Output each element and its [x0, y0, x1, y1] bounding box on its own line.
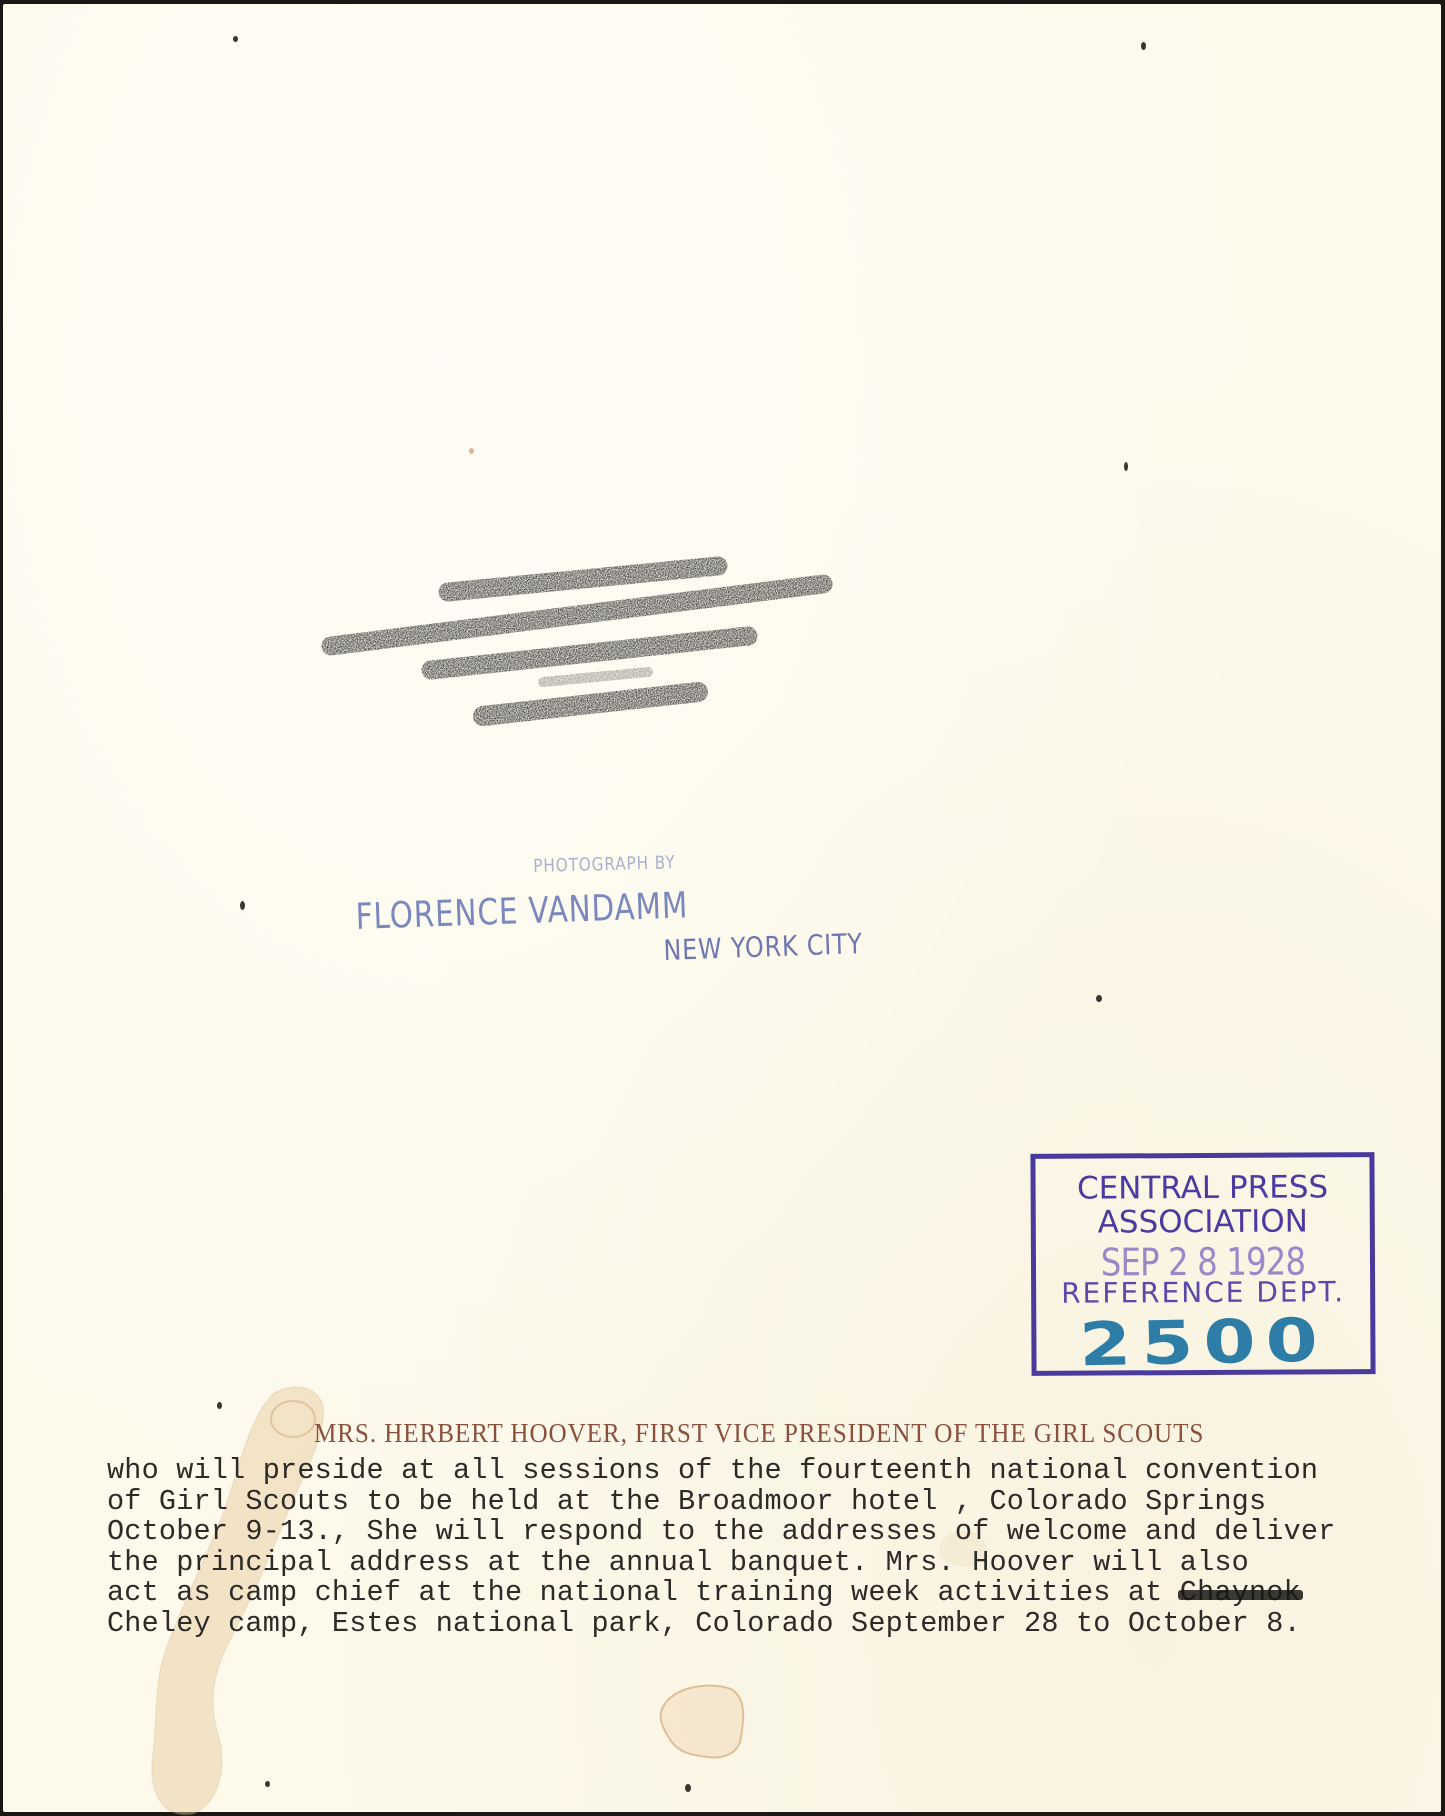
photographer-stamp-city: NEW YORK CITY — [663, 927, 863, 967]
pin-hole — [1141, 42, 1146, 50]
pencil-scribble-mark — [313, 544, 913, 734]
caption-line-text: act as camp chief at the national traini… — [107, 1576, 1180, 1609]
stamp-department: REFERENCE DEPT. — [1036, 1275, 1370, 1310]
caption-line: Cheley camp, Estes national park, Colora… — [107, 1609, 1336, 1640]
water-stain-bottom — [653, 1679, 753, 1769]
caption-line-with-strikeout: act as camp chief at the national traini… — [107, 1578, 1336, 1609]
pin-hole — [233, 36, 238, 42]
stamp-association-line: ASSOCIATION — [1036, 1203, 1370, 1241]
caption-line: who will preside at all sessions of the … — [107, 1456, 1336, 1487]
pin-hole — [1096, 995, 1102, 1002]
caption-headline: MRS. HERBERT HOOVER, FIRST VICE PRESIDEN… — [314, 1418, 1204, 1449]
rust-speck — [469, 448, 474, 454]
pin-hole — [1124, 462, 1128, 471]
caption-body: who will preside at all sessions of the … — [107, 1456, 1336, 1639]
caption-line: the principal address at the annual banq… — [107, 1548, 1336, 1579]
pin-hole — [685, 1784, 691, 1792]
caption-line: of Girl Scouts to be held at the Broadmo… — [107, 1487, 1336, 1518]
photo-verso-paper: PHOTOGRAPH BY FLORENCE VANDAMM NEW YORK … — [3, 4, 1441, 1812]
stamp-agency-line: CENTRAL PRESS — [1036, 1169, 1370, 1207]
handwritten-reference-number: 2500 — [994, 1304, 1413, 1382]
archive-reference-stamp: CENTRAL PRESS ASSOCIATION SEP 2 8 1928 R… — [1030, 1152, 1375, 1376]
stamp-agency-text: CENTRAL PRESS — [1077, 1169, 1328, 1206]
caption-line: October 9-13., She will respond to the a… — [107, 1517, 1336, 1548]
photographer-stamp-name: FLORENCE VANDAMM — [355, 885, 689, 938]
pin-hole — [240, 901, 245, 910]
photographer-stamp-label: PHOTOGRAPH BY — [533, 852, 676, 877]
struck-out-word: Chaynok — [1180, 1578, 1301, 1609]
